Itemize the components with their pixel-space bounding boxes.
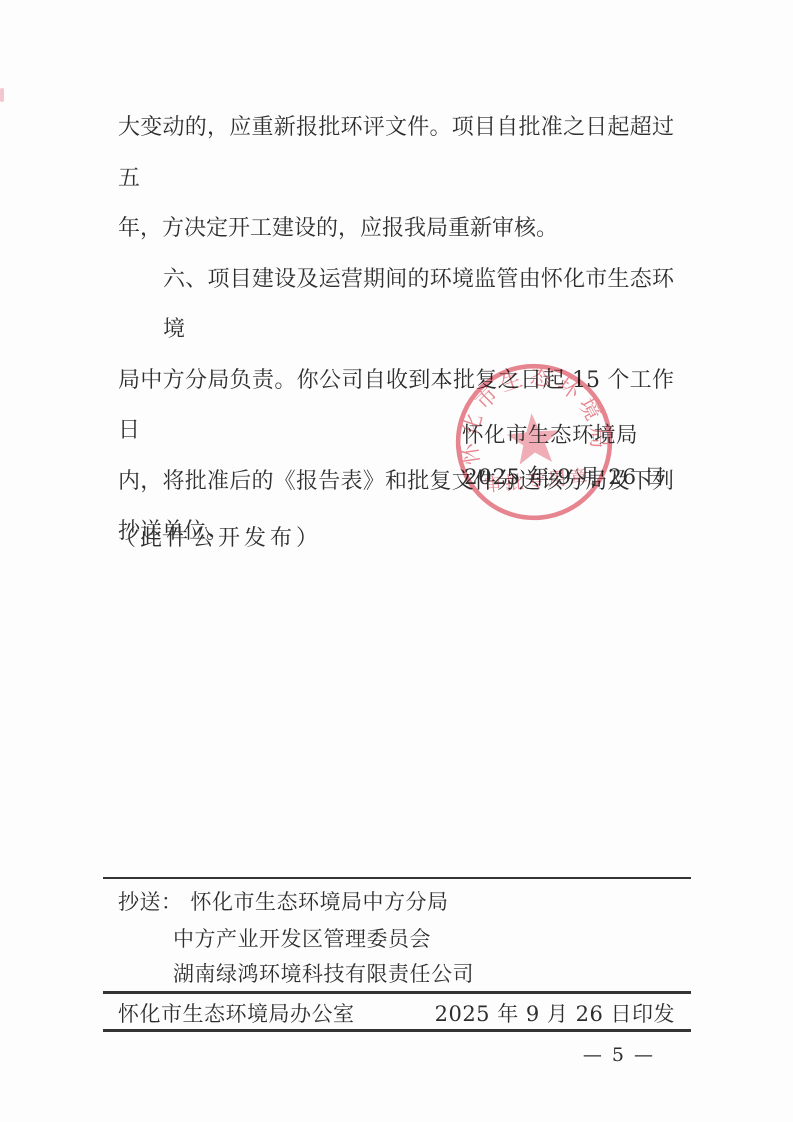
signature-org: 怀化市生态环境局	[462, 418, 638, 449]
body-line: 六、项目建设及运营期间的环境监管由怀化市生态环境	[118, 255, 674, 356]
cc-item: 中方产业开发区管理委员会	[173, 927, 431, 951]
scan-artifact	[0, 88, 4, 102]
document-page: 大变动的，应重新报批环评文件。项目自批准之日起超过五 年，方决定开工建设的，应报…	[0, 0, 793, 1122]
issuing-office: 怀化市生态环境局办公室	[118, 1001, 355, 1027]
print-date: 2025 年 9 月 26 日印发	[435, 1001, 675, 1027]
body-line: 年，方决定开工建设的，应报我局重新审核。	[118, 204, 674, 255]
cc-item: 湖南绿鸿环境科技有限责任公司	[173, 962, 474, 986]
cc-line: 抄送：怀化市生态环境局中方分局	[118, 890, 449, 914]
body-line: 大变动的，应重新报批环评文件。项目自批准之日起超过五	[118, 103, 674, 204]
footer-top-rule	[103, 877, 691, 879]
footer-middle-rule	[103, 991, 691, 994]
signature-date: 2025 年 9 月 26 日	[464, 460, 666, 491]
cc-label: 抄送：	[118, 890, 183, 914]
page-number: — 5 —	[583, 1044, 655, 1066]
footer-bottom-rule	[103, 1029, 691, 1032]
cc-item: 怀化市生态环境局中方分局	[191, 890, 449, 914]
publish-note: （此件公开发布）	[114, 521, 322, 552]
office-row: 怀化市生态环境局办公室 2025 年 9 月 26 日印发	[118, 1001, 675, 1027]
